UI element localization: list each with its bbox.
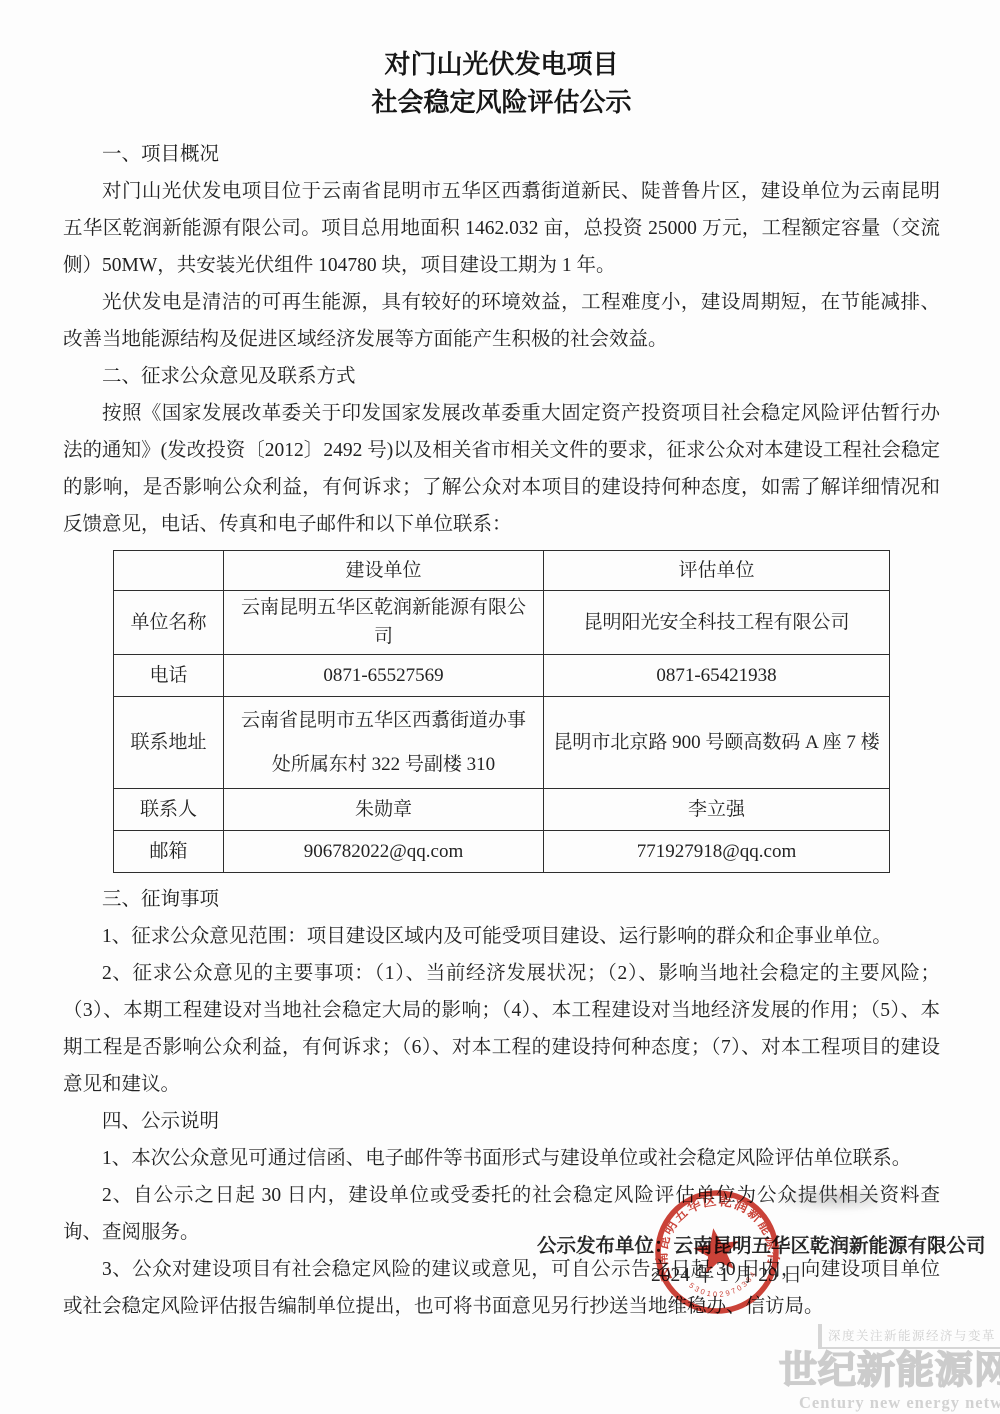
scan-smudge (770, 1186, 880, 1212)
cell-build-contact-person: 朱勋章 (224, 789, 544, 831)
table-row: 联系地址 云南省昆明市五华区西翥街道办事处所属东村 322 号副楼 310 昆明… (114, 696, 890, 788)
cell-assess-phone: 0871-65421938 (544, 654, 890, 696)
table-header-empty (114, 551, 224, 591)
cell-build-email: 906782022@qq.com (224, 831, 544, 873)
cell-build-address: 云南省昆明市五华区西翥街道办事处所属东村 322 号副楼 310 (224, 696, 544, 788)
row-label-email: 邮箱 (114, 831, 224, 873)
section2-heading: 二、征求公众意见及联系方式 (63, 358, 940, 395)
site-watermark: 深度关注新能源经济与变革 世纪新能源网 Century new energy n… (779, 1324, 1000, 1413)
document-page: 对门山光伏发电项目 社会稳定风险评估公示 一、项目概况 对门山光伏发电项目位于云… (0, 0, 1000, 1414)
section4-paragraph-1: 1、本次公众意见可通过信函、电子邮件等书面形式与建设单位或社会稳定风险评估单位联… (63, 1140, 940, 1177)
section3-paragraph-1: 1、征求公众意见范围：项目建设区域内及可能受项目建设、运行影响的群众和企事业单位… (63, 918, 940, 955)
cell-build-phone: 0871-65527569 (224, 654, 544, 696)
table-row: 单位名称 云南昆明五华区乾润新能源有限公司 昆明阳光安全科技工程有限公司 (114, 591, 890, 655)
cell-assess-contact-person: 李立强 (544, 789, 890, 831)
table-header-row: 建设单位 评估单位 (114, 551, 890, 591)
watermark-logo-subtext: Century new energy network (799, 1393, 1000, 1413)
section1-heading: 一、项目概况 (63, 136, 940, 173)
section4-paragraph-3: 3、公众对建设项目有社会稳定风险的建议或意见，可自公示告之日起 30 日内，向建… (63, 1251, 940, 1325)
document-title: 对门山光伏发电项目 社会稳定风险评估公示 (63, 46, 940, 122)
section1-paragraph-1: 对门山光伏发电项目位于云南省昆明市五华区西翥街道新民、陡普鲁片区，建设单位为云南… (63, 173, 940, 284)
cell-build-unit-name: 云南昆明五华区乾润新能源有限公司 (224, 591, 544, 655)
title-line-1: 对门山光伏发电项目 (63, 46, 940, 84)
section4-heading: 四、公示说明 (63, 1103, 940, 1140)
contact-table: 建设单位 评估单位 单位名称 云南昆明五华区乾润新能源有限公司 昆明阳光安全科技… (113, 550, 890, 873)
cell-assess-email: 771927918@qq.com (544, 831, 890, 873)
watermark-logo-text: 世纪新能源网 (779, 1349, 1000, 1393)
section1-paragraph-2: 光伏发电是清洁的可再生能源，具有较好的环境效益，工程难度小，建设周期短，在节能减… (63, 284, 940, 358)
row-label-unit-name: 单位名称 (114, 591, 224, 655)
row-label-phone: 电话 (114, 654, 224, 696)
seal-star-icon (691, 1225, 743, 1275)
table-row: 邮箱 906782022@qq.com 771927918@qq.com (114, 831, 890, 873)
row-label-address: 联系地址 (114, 696, 224, 788)
document-content: 对门山光伏发电项目 社会稳定风险评估公示 一、项目概况 对门山光伏发电项目位于云… (0, 46, 1000, 1325)
section3-heading: 三、征询事项 (63, 881, 940, 918)
table-header-assess-unit: 评估单位 (544, 551, 890, 591)
cell-assess-address: 昆明市北京路 900 号颐高数码 A 座 7 楼 (544, 696, 890, 788)
section2-paragraph-1: 按照《国家发展改革委关于印发国家发展改革委重大固定资产投资项目社会稳定风险评估暂… (63, 395, 940, 543)
section3-paragraph-2: 2、征求公众意见的主要事项：（1）、当前经济发展状况；（2）、影响当地社会稳定的… (63, 955, 940, 1103)
table-row: 联系人 朱勋章 李立强 (114, 789, 890, 831)
title-line-2: 社会稳定风险评估公示 (63, 84, 940, 122)
table-header-build-unit: 建设单位 (224, 551, 544, 591)
watermark-slogan: 深度关注新能源经济与变革 (818, 1324, 1000, 1349)
row-label-contact-person: 联系人 (114, 789, 224, 831)
cell-assess-unit-name: 昆明阳光安全科技工程有限公司 (544, 591, 890, 655)
table-row: 电话 0871-65527569 0871-65421938 (114, 654, 890, 696)
company-seal-stamp: 云南昆明五华区乾润新能源有限公司 530102970384 (644, 1179, 790, 1325)
